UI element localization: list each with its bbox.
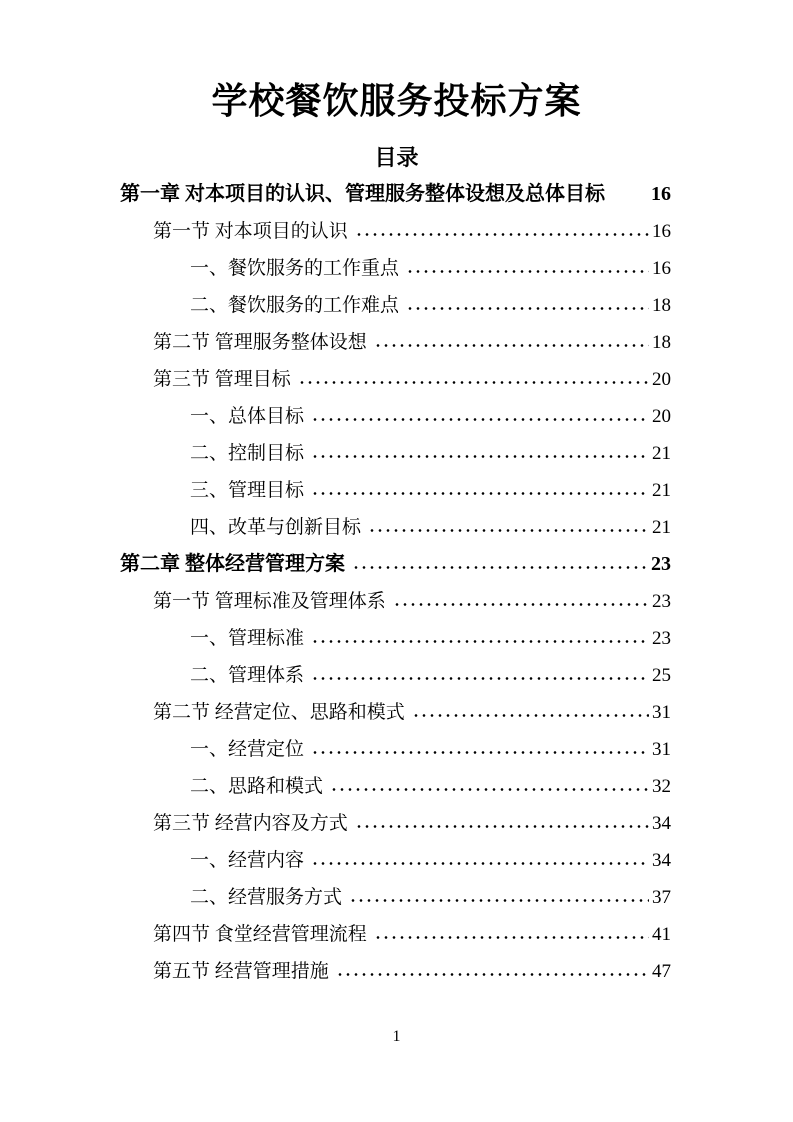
document-title: 学校餐饮服务投标方案 [0, 80, 793, 123]
toc-entry[interactable]: 一、餐饮服务的工作重点 16 [120, 250, 671, 287]
toc-entry-page: 32 [652, 768, 671, 805]
toc-dot-leader [357, 232, 649, 237]
toc-entry[interactable]: 第一节 管理标准及管理体系 23 [120, 583, 671, 620]
toc-dot-leader [408, 269, 649, 274]
toc-dot-leader [313, 861, 649, 866]
toc-entry-label: 一、管理标准 [190, 620, 304, 657]
toc-entry-label: 二、经营服务方式 [190, 879, 342, 916]
toc-entry-label: 第一节 管理标准及管理体系 [153, 583, 386, 620]
page-number-footer: 1 [0, 1028, 793, 1046]
toc-list: 第一章 对本项目的认识、管理服务整体设想及总体目标 16 第一节 对本项目的认识… [120, 176, 671, 990]
toc-entry[interactable]: 第二章 整体经营管理方案 23 [120, 546, 671, 583]
toc-entry-page: 20 [652, 398, 671, 435]
toc-entry-label: 二、思路和模式 [190, 768, 323, 805]
toc-dot-leader [408, 306, 649, 311]
toc-entry[interactable]: 二、管理体系 25 [120, 657, 671, 694]
toc-entry-label: 第三节 经营内容及方式 [153, 805, 348, 842]
toc-entry-label: 第二节 管理服务整体设想 [153, 324, 367, 361]
toc-entry[interactable]: 第三节 经营内容及方式 34 [120, 805, 671, 842]
document-page: 学校餐饮服务投标方案 目录 第一章 对本项目的认识、管理服务整体设想及总体目标 … [0, 0, 793, 1122]
toc-entry-label: 第一节 对本项目的认识 [153, 213, 348, 250]
toc-entry-label: 二、控制目标 [190, 435, 304, 472]
toc-dot-leader [357, 824, 649, 829]
toc-entry-label: 第四节 食堂经营管理流程 [153, 916, 367, 953]
toc-entry-label: 二、餐饮服务的工作难点 [190, 287, 399, 324]
toc-dot-leader [351, 898, 649, 903]
toc-entry[interactable]: 第一章 对本项目的认识、管理服务整体设想及总体目标 16 [120, 176, 671, 213]
toc-dot-leader [313, 750, 649, 755]
toc-entry-label: 第二节 经营定位、思路和模式 [153, 694, 405, 731]
toc-dot-leader [338, 972, 649, 977]
toc-entry-label: 第五节 经营管理措施 [153, 953, 329, 990]
toc-entry-page: 21 [652, 472, 671, 509]
toc-entry[interactable]: 一、管理标准 23 [120, 620, 671, 657]
toc-entry[interactable]: 四、改革与创新目标 21 [120, 509, 671, 546]
toc-dot-leader [332, 787, 649, 792]
toc-entry-page: 31 [652, 731, 671, 768]
toc-entry-page: 16 [652, 250, 671, 287]
toc-entry[interactable]: 一、经营定位 31 [120, 731, 671, 768]
toc-entry-page: 25 [652, 657, 671, 694]
toc-dot-leader [395, 602, 649, 607]
toc-entry-page: 34 [652, 842, 671, 879]
toc-entry-label: 四、改革与创新目标 [190, 509, 361, 546]
toc-dot-leader [313, 454, 649, 459]
toc-entry[interactable]: 二、控制目标 21 [120, 435, 671, 472]
toc-entry-page: 23 [651, 546, 671, 583]
toc-entry[interactable]: 第一节 对本项目的认识 16 [120, 213, 671, 250]
toc-entry-page: 37 [652, 879, 671, 916]
toc-entry-label: 三、管理目标 [190, 472, 304, 509]
toc-entry[interactable]: 第三节 管理目标 20 [120, 361, 671, 398]
toc-entry[interactable]: 二、经营服务方式 37 [120, 879, 671, 916]
toc-dot-leader [370, 528, 649, 533]
toc-heading: 目录 [0, 141, 793, 172]
toc-entry-page: 31 [652, 694, 671, 731]
toc-entry-page: 47 [652, 953, 671, 990]
toc-entry[interactable]: 一、总体目标 20 [120, 398, 671, 435]
toc-entry[interactable]: 一、经营内容 34 [120, 842, 671, 879]
toc-entry-label: 一、总体目标 [190, 398, 304, 435]
toc-entry-page: 16 [651, 176, 671, 213]
toc-entry-label: 第一章 对本项目的认识、管理服务整体设想及总体目标 [120, 176, 605, 213]
toc-entry[interactable]: 第五节 经营管理措施 47 [120, 953, 671, 990]
toc-entry-label: 一、餐饮服务的工作重点 [190, 250, 399, 287]
toc-entry-page: 23 [652, 583, 671, 620]
toc-entry-page: 20 [652, 361, 671, 398]
toc-entry[interactable]: 二、思路和模式 32 [120, 768, 671, 805]
toc-dot-leader [313, 639, 649, 644]
toc-entry-page: 41 [652, 916, 671, 953]
toc-dot-leader [376, 343, 649, 348]
toc-entry[interactable]: 第二节 经营定位、思路和模式 31 [120, 694, 671, 731]
toc-entry-label: 第三节 管理目标 [153, 361, 291, 398]
toc-entry-label: 一、经营内容 [190, 842, 304, 879]
toc-dot-leader [313, 491, 649, 496]
toc-entry[interactable]: 二、餐饮服务的工作难点 18 [120, 287, 671, 324]
toc-dot-leader [614, 195, 648, 200]
toc-dot-leader [313, 676, 649, 681]
toc-dot-leader [313, 417, 649, 422]
toc-entry-page: 18 [652, 324, 671, 361]
toc-entry-page: 21 [652, 435, 671, 472]
toc-entry-page: 34 [652, 805, 671, 842]
toc-entry-label: 一、经营定位 [190, 731, 304, 768]
toc-dot-leader [414, 713, 649, 718]
toc-dot-leader [376, 935, 649, 940]
toc-entry-page: 16 [652, 213, 671, 250]
toc-entry[interactable]: 三、管理目标 21 [120, 472, 671, 509]
toc-entry-label: 第二章 整体经营管理方案 [120, 546, 345, 583]
toc-entry-page: 21 [652, 509, 671, 546]
toc-entry[interactable]: 第四节 食堂经营管理流程 41 [120, 916, 671, 953]
toc-entry-page: 23 [652, 620, 671, 657]
toc-dot-leader [354, 565, 648, 570]
toc-entry[interactable]: 第二节 管理服务整体设想 18 [120, 324, 671, 361]
toc-entry-label: 二、管理体系 [190, 657, 304, 694]
toc-dot-leader [300, 380, 649, 385]
toc-entry-page: 18 [652, 287, 671, 324]
